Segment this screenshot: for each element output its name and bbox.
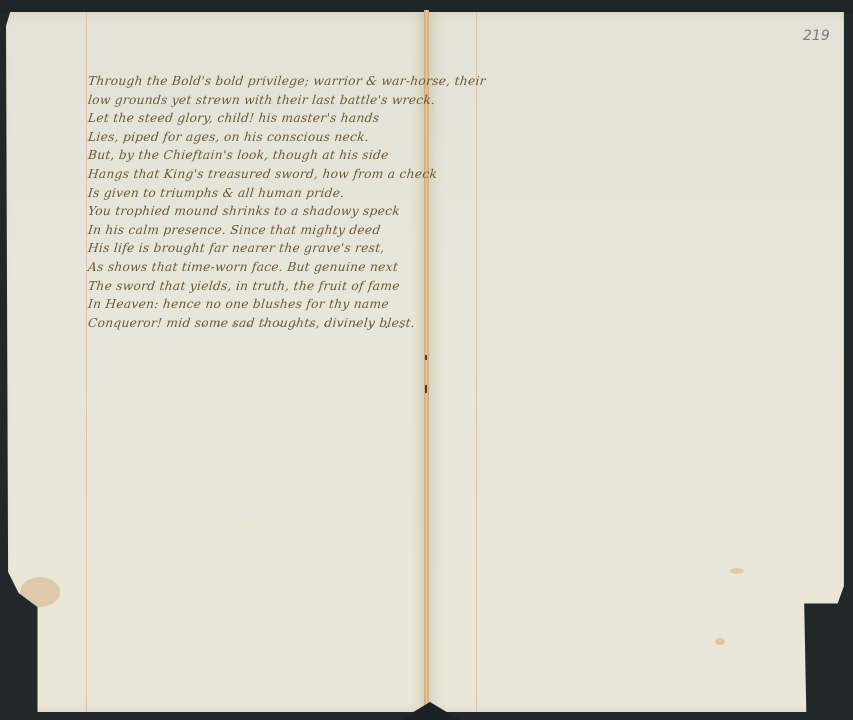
text-line: low grounds yet strewn with their last b…	[87, 91, 425, 110]
book-gutter	[424, 10, 429, 710]
text-line: In Heaven: hence no one blushes for thy …	[87, 295, 425, 314]
margin-rule-line	[86, 12, 87, 712]
text-line: As shows that time-worn face. But genuin…	[87, 258, 425, 277]
paper-stain	[730, 568, 744, 574]
paper-stain	[20, 577, 60, 607]
paper-stain	[715, 638, 725, 645]
text-line: Hangs that King's treasured sword, how f…	[87, 165, 425, 184]
text-line: His life is brought far nearer the grave…	[87, 239, 425, 258]
text-line: You trophied mound shrinks to a shadowy …	[87, 202, 425, 221]
text-line: But, by the Chieftain's look, though at …	[87, 146, 425, 165]
text-line: Is given to triumphs & all human pride.	[87, 184, 425, 203]
text-line: In his calm presence. Since that mighty …	[87, 221, 425, 240]
handwritten-text: Through the Bold's bold privilege; warri…	[88, 72, 424, 332]
binding-thread	[425, 385, 427, 393]
text-line: Through the Bold's bold privilege; warri…	[87, 72, 425, 91]
text-line: Let the steed glory, child! his master's…	[87, 109, 425, 128]
margin-rule-line	[476, 12, 477, 712]
right-page	[428, 12, 846, 712]
text-line: The sword that yields, in truth, the fru…	[87, 277, 425, 296]
folio-number: 219	[803, 28, 830, 44]
text-line: Lies, piped for ages, on his conscious n…	[87, 128, 425, 147]
binding-thread	[425, 355, 427, 360]
section-separator: - - - - - - - - - - - - . .	[200, 318, 406, 331]
